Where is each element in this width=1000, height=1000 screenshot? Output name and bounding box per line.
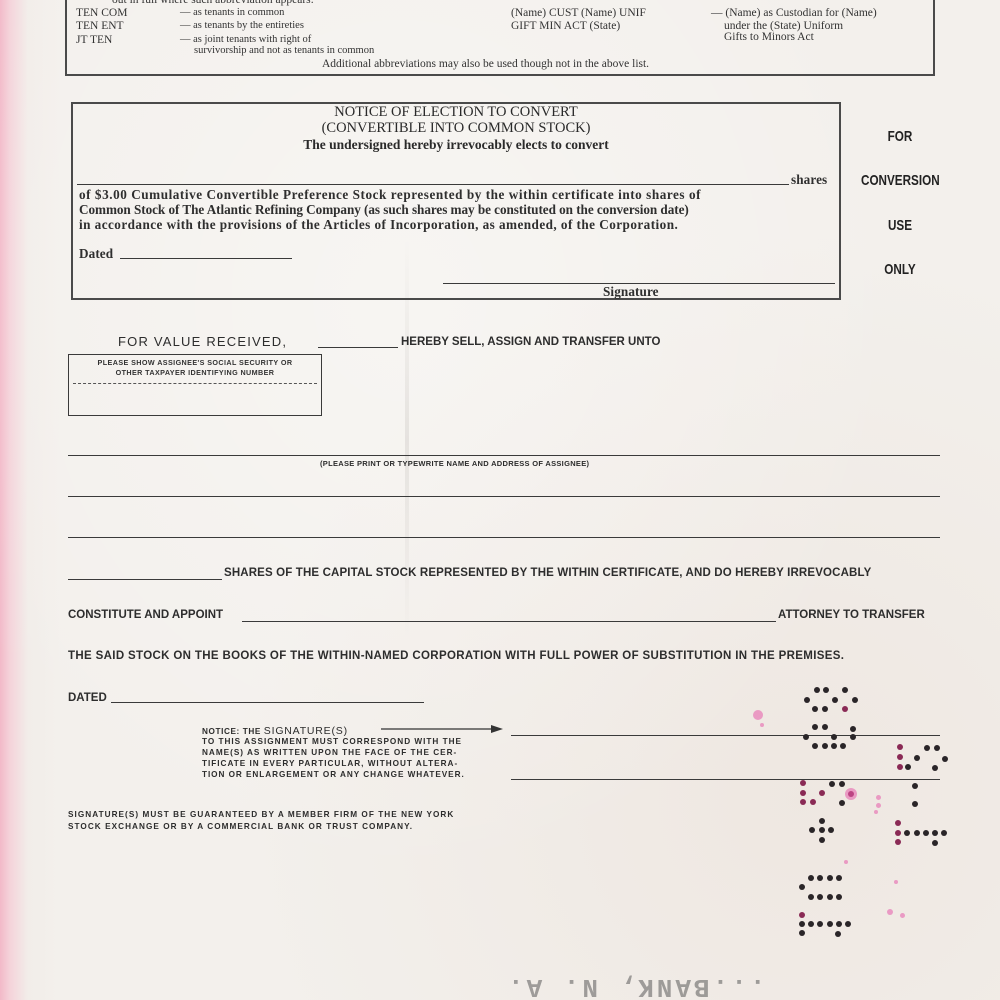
perforation-hole — [799, 884, 805, 890]
hereby-sell-text: HEREBY SELL, ASSIGN AND TRANSFER UNTO — [401, 336, 660, 348]
perforation-hole — [808, 921, 814, 927]
abbr-ten-ent: TEN ENT — [76, 20, 124, 32]
side-label-for: FOR — [861, 128, 939, 145]
perforation-hole — [895, 839, 901, 845]
perforation-hole — [842, 706, 848, 712]
perforation-hole — [817, 921, 823, 927]
perforation-hole — [839, 781, 845, 787]
notice-lead-text: NOTICE: THE — [202, 727, 261, 736]
ink-stain — [760, 723, 764, 727]
abbr-ten-com: TEN COM — [76, 7, 127, 19]
guarantee-line-1: SIGNATURE(S) MUST BE GUARANTEED BY A MEM… — [68, 810, 454, 819]
conversion-signature-label: Signature — [603, 284, 659, 300]
perforation-hole — [905, 764, 911, 770]
perforation-hole — [819, 827, 825, 833]
perforation-hole — [835, 931, 841, 937]
notice-line-1: TO THIS ASSIGNMENT MUST CORRESPOND WITH … — [202, 736, 462, 747]
assignment-dated-label: DATED — [68, 692, 107, 704]
conversion-body-line1: of $3.00 Cumulative Convertible Preferen… — [79, 187, 839, 203]
perforation-hole — [912, 783, 918, 789]
assignor-signature-line-1[interactable] — [511, 735, 940, 736]
perforation-hole — [897, 754, 903, 760]
ink-stain — [874, 810, 878, 814]
arrow-right-icon — [381, 724, 505, 734]
ink-stain — [887, 909, 893, 915]
abbr-ten-com-meaning: — as tenants in common — [180, 7, 284, 18]
abbr-jt-ten: JT TEN — [76, 34, 112, 46]
perforation-hole — [832, 697, 838, 703]
perforation-hole — [817, 875, 823, 881]
perforation-hole — [827, 921, 833, 927]
perforation-hole — [831, 734, 837, 740]
perforation-hole — [822, 743, 828, 749]
conversion-body-line3: in accordance with the provisions of the… — [79, 217, 839, 233]
perforation-hole — [923, 830, 929, 836]
constitute-appoint-text: CONSTITUTE AND APPOINT — [68, 609, 223, 621]
perforation-hole — [897, 744, 903, 750]
perforation-hole — [941, 830, 947, 836]
perforation-hole — [814, 687, 820, 693]
abbr-cust-line1: (Name) CUST (Name) UNIF — [511, 7, 646, 19]
perforation-hole — [852, 697, 858, 703]
conversion-title: NOTICE OF ELECTION TO CONVERT — [73, 104, 839, 121]
ink-stain — [900, 913, 905, 918]
perforation-hole — [831, 743, 837, 749]
perforation-hole — [829, 781, 835, 787]
perforation-hole — [822, 706, 828, 712]
perforation-hole — [895, 820, 901, 826]
perforation-hole — [934, 745, 940, 751]
notice-line-2: NAME(S) AS WRITTEN UPON THE FACE OF THE … — [202, 747, 457, 758]
perforation-hole — [799, 930, 805, 936]
assignee-line-1[interactable] — [68, 455, 940, 456]
abbr-cust-meaning3: Gifts to Minors Act — [724, 31, 814, 43]
ssn-label-line1: PLEASE SHOW ASSIGNEE'S SOCIAL SECURITY O… — [69, 358, 321, 368]
ssn-box: PLEASE SHOW ASSIGNEE'S SOCIAL SECURITY O… — [68, 354, 322, 416]
perforation-hole — [812, 706, 818, 712]
perforation-hole — [842, 687, 848, 693]
perforation-hole — [914, 830, 920, 836]
notice-line-4: TION OR ENLARGEMENT OR ANY CHANGE WHATEV… — [202, 769, 465, 780]
perforation-hole — [850, 726, 856, 732]
side-label-conversion: CONVERSION — [861, 172, 939, 189]
assignee-caption: (PLEASE PRINT OR TYPEWRITE NAME AND ADDR… — [320, 459, 589, 468]
guarantee-line-2: STOCK EXCHANGE OR BY A COMMERCIAL BANK O… — [68, 822, 413, 831]
assignment-dated-field[interactable] — [111, 702, 424, 703]
ink-stain — [876, 795, 881, 800]
abbr-jt-ten-meaning-cont: survivorship and not as tenants in commo… — [194, 45, 374, 56]
perforation-hole — [839, 800, 845, 806]
ink-stain — [845, 788, 857, 800]
perforation-hole — [800, 780, 806, 786]
abbr-cust-meaning1: — (Name) as Custodian for (Name) — [711, 7, 877, 19]
perforation-hole — [799, 921, 805, 927]
perforation-hole — [800, 799, 806, 805]
ink-stain — [753, 710, 763, 720]
perforation-hole — [809, 827, 815, 833]
ssn-dashed-divider — [73, 383, 317, 384]
perforation-hole — [836, 921, 842, 927]
abbreviations-intro: out in full where such abbreviation appe… — [112, 0, 314, 6]
perforation-hole — [924, 745, 930, 751]
abbreviations-footer: Additional abbreviations may also be use… — [322, 58, 649, 70]
ink-stain — [894, 880, 898, 884]
conversion-dated-label: Dated — [79, 246, 113, 262]
perforation-hole — [895, 830, 901, 836]
side-label-only: ONLY — [861, 261, 939, 278]
perforation-hole — [827, 875, 833, 881]
assignee-line-3[interactable] — [68, 537, 940, 538]
for-value-received: FOR VALUE RECEIVED, — [118, 334, 287, 349]
perforation-hole — [904, 830, 910, 836]
perforation-hole — [817, 894, 823, 900]
conversion-elect-text: The undersigned hereby irrevocably elect… — [73, 137, 839, 153]
attorney-field[interactable] — [242, 621, 776, 622]
perforation-hole — [808, 875, 814, 881]
perforation-hole — [850, 734, 856, 740]
perforation-hole — [912, 801, 918, 807]
assignor-signature-line-2[interactable] — [511, 779, 940, 780]
ssn-input-area[interactable] — [73, 385, 317, 412]
abbr-jt-ten-meaning: — as joint tenants with right of — [180, 34, 311, 45]
conversion-shares-line[interactable] — [77, 184, 789, 185]
ssn-label-line2: OTHER TAXPAYER IDENTIFYING NUMBER — [69, 368, 321, 378]
perforation-hole — [808, 894, 814, 900]
shares-count-field[interactable] — [68, 579, 222, 580]
perforation-hole — [828, 827, 834, 833]
shares-capital-stock-text: SHARES OF THE CAPITAL STOCK REPRESENTED … — [224, 567, 871, 579]
abbr-ten-ent-meaning: — as tenants by the entireties — [180, 20, 304, 31]
abbr-cust-line2: GIFT MIN ACT (State) — [511, 20, 620, 32]
paper-fold-mark — [405, 240, 409, 640]
perforation-hole — [932, 830, 938, 836]
ink-stain — [876, 803, 881, 808]
perforation-hole — [804, 697, 810, 703]
perforation-hole — [942, 756, 948, 762]
assignee-line-2[interactable] — [68, 496, 940, 497]
perforation-hole — [799, 912, 805, 918]
perforation-hole — [803, 734, 809, 740]
perforation-hole — [827, 894, 833, 900]
perforation-hole — [845, 921, 851, 927]
perforation-hole — [840, 743, 846, 749]
conversion-notice-box: NOTICE OF ELECTION TO CONVERT (CONVERTIB… — [71, 102, 841, 300]
conversion-body-line2: Common Stock of The Atlantic Refining Co… — [79, 202, 839, 218]
perforation-hole — [819, 818, 825, 824]
perforation-hole — [823, 687, 829, 693]
conversion-dated-field[interactable] — [120, 258, 292, 259]
bleed-through-stamp: ...BANK, N. A. — [505, 972, 765, 1000]
ink-stain — [844, 860, 848, 864]
said-stock-text: THE SAID STOCK ON THE BOOKS OF THE WITHI… — [68, 650, 844, 662]
conversion-shares-label: shares — [791, 172, 827, 188]
perforation-hole — [932, 840, 938, 846]
perforation-hole — [932, 765, 938, 771]
perforation-hole — [819, 837, 825, 843]
perforation-hole — [897, 764, 903, 770]
perforation-hole — [812, 743, 818, 749]
perforation-hole — [800, 790, 806, 796]
perforation-hole — [914, 755, 920, 761]
attorney-transfer-text: ATTORNEY TO TRANSFER — [778, 609, 925, 621]
side-label-use: USE — [861, 217, 939, 234]
perforation-hole — [836, 875, 842, 881]
perforation-hole — [822, 724, 828, 730]
assignor-field[interactable] — [318, 347, 398, 348]
conversion-subtitle: (CONVERTIBLE INTO COMMON STOCK) — [73, 120, 839, 137]
perforation-hole — [836, 894, 842, 900]
perforation-hole — [812, 724, 818, 730]
perforation-hole — [810, 799, 816, 805]
perforation-hole — [819, 790, 825, 796]
notice-line-3: TIFICATE IN EVERY PARTICULAR, WITHOUT AL… — [202, 758, 458, 769]
